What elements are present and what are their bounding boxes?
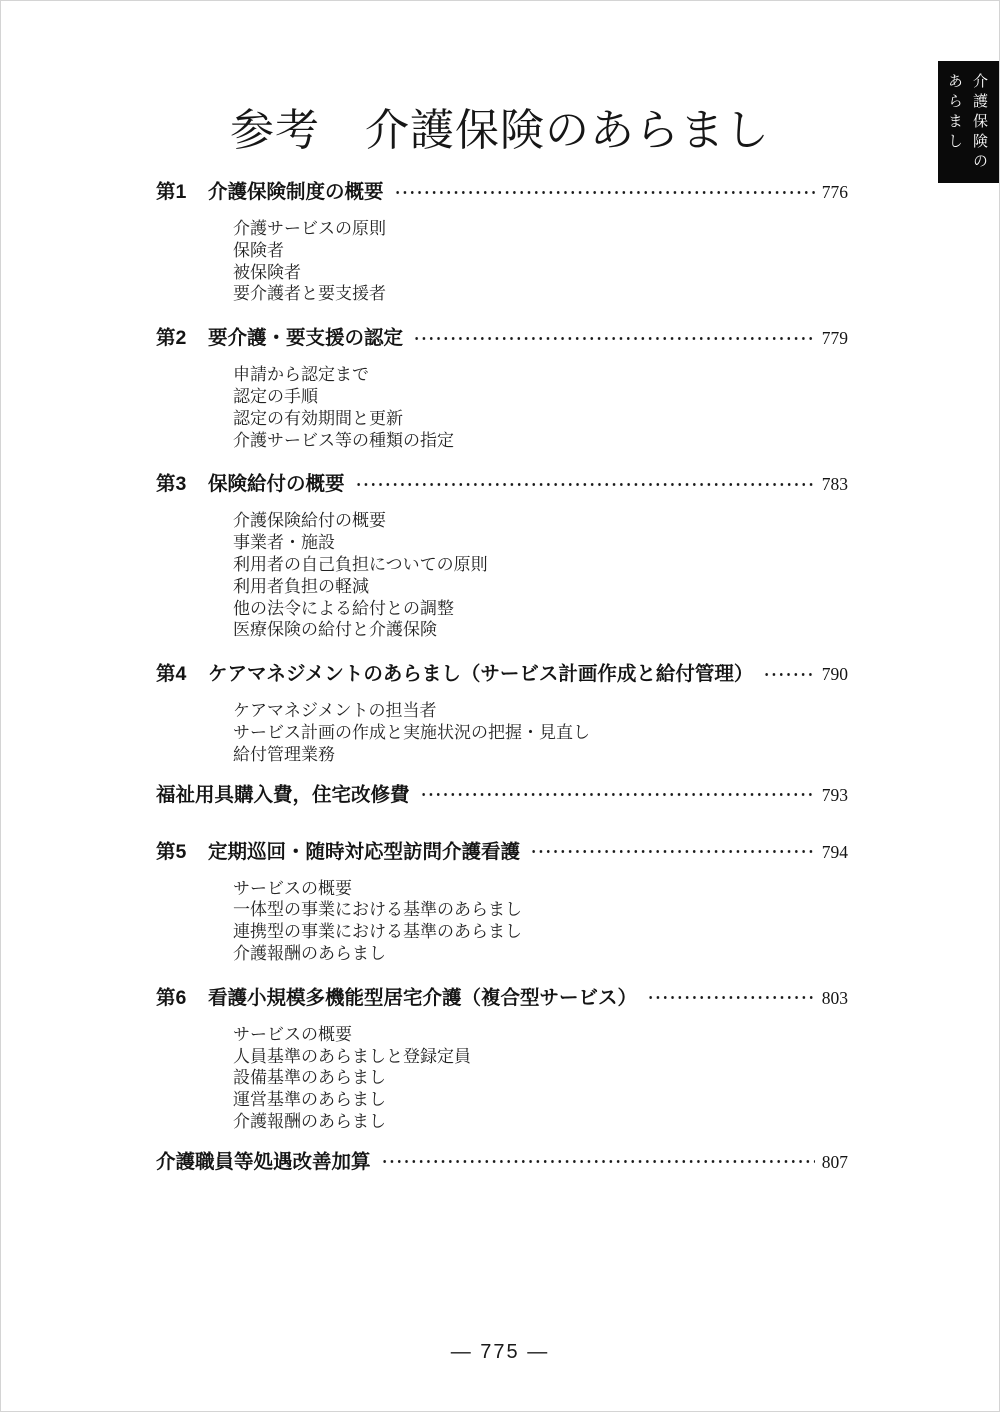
- page-number: 807: [822, 1149, 848, 1175]
- side-index-tab: 介護保険の あらまし: [938, 61, 999, 183]
- sub-topic: サービスの概要: [233, 1024, 848, 1046]
- page-number: 794: [822, 839, 848, 865]
- section-number: 第6: [156, 985, 208, 1011]
- sub-topic-list-sec6: サービスの概要 人員基準のあらましと登録定員 設備基準のあらまし 運営基準のあら…: [233, 1024, 848, 1133]
- section-title: 介護職員等処遇改善加算: [156, 1149, 371, 1175]
- sub-topic-list-sec1: 介護サービスの原則 保険者 被保険者 要介護者と要支援者: [233, 218, 848, 305]
- sub-topic: 人員基準のあらましと登録定員: [233, 1046, 848, 1068]
- sub-topic-list-sec4: ケアマネジメントの担当者 サービス計画の作成と実施状況の把握・見直し 給付管理業…: [233, 700, 848, 765]
- page-number: 803: [822, 985, 848, 1011]
- sub-topic-list-sec3: 介護保険給付の概要 事業者・施設 利用者の自己負担についての原則 利用者負担の軽…: [233, 510, 848, 641]
- sub-topic: 介護サービス等の種類の指定: [233, 430, 848, 452]
- sub-topic: 介護報酬のあらまし: [233, 943, 848, 965]
- sub-topic: 利用者負担の軽減: [233, 576, 848, 598]
- sub-topic-list-sec2: 申請から認定まで 認定の手順 認定の有効期間と更新 介護サービス等の種類の指定: [233, 364, 848, 451]
- dot-leader: [355, 480, 815, 489]
- toc-entry-sec6: 第6 看護小規模多機能型居宅介護（複合型サービス） 803: [156, 985, 848, 1011]
- side-tab-label-line1: 介護保険の: [967, 73, 992, 183]
- sub-topic: 介護保険給付の概要: [233, 510, 848, 532]
- sub-topic: 被保険者: [233, 262, 848, 284]
- dot-leader: [413, 334, 815, 343]
- sub-topic: 認定の有効期間と更新: [233, 408, 848, 430]
- page-number: 776: [822, 179, 848, 205]
- footer-page-number: — 775 —: [1, 1341, 999, 1364]
- document-page: 介護保険の あらまし 参考 介護保険のあらまし 第1 介護保険制度の概要 776…: [0, 0, 1000, 1412]
- sub-topic: 事業者・施設: [233, 532, 848, 554]
- sub-topic: 設備基準のあらまし: [233, 1067, 848, 1089]
- sub-topic-list-sec5: サービスの概要 一体型の事業における基準のあらまし 連携型の事業における基準のあ…: [233, 878, 848, 965]
- toc-entry-sec3: 第3 保険給付の概要 783: [156, 471, 848, 497]
- dot-leader: [394, 188, 815, 197]
- section-title: 保険給付の概要: [208, 471, 345, 497]
- toc-entry-welfare-equipment: 福祉用具購入費，住宅改修費 793: [156, 782, 848, 808]
- dot-leader: [763, 670, 814, 679]
- dot-leader: [381, 1157, 815, 1166]
- toc-entry-treatment-improvement: 介護職員等処遇改善加算 807: [156, 1149, 848, 1175]
- toc-entry-sec4: 第4 ケアマネジメントのあらまし（サービス計画作成と給付管理） 790: [156, 661, 848, 687]
- sub-topic: 運営基準のあらまし: [233, 1089, 848, 1111]
- section-title: 定期巡回・随時対応型訪問介護看護: [208, 839, 520, 865]
- dot-leader: [530, 847, 815, 856]
- toc: 第1 介護保険制度の概要 776 介護サービスの原則 保険者 被保険者 要介護者…: [156, 159, 848, 1175]
- sub-topic: 他の法令による給付との調整: [233, 598, 848, 620]
- sub-topic: サービスの概要: [233, 878, 848, 900]
- section-title: 介護保険制度の概要: [208, 179, 384, 205]
- section-number: 第3: [156, 471, 208, 497]
- sub-topic: 利用者の自己負担についての原則: [233, 554, 848, 576]
- section-title: 福祉用具購入費，住宅改修費: [156, 782, 410, 808]
- dot-leader: [647, 993, 815, 1002]
- sub-topic: 要介護者と要支援者: [233, 283, 848, 305]
- section-title: 看護小規模多機能型居宅介護（複合型サービス）: [208, 985, 637, 1011]
- page-number: 793: [822, 782, 848, 808]
- dot-leader: [420, 790, 815, 799]
- section-title: ケアマネジメントのあらまし（サービス計画作成と給付管理）: [208, 661, 753, 687]
- sub-topic: 医療保険の給付と介護保険: [233, 619, 848, 641]
- sub-topic: 給付管理業務: [233, 744, 848, 766]
- sub-topic: 介護サービスの原則: [233, 218, 848, 240]
- sub-topic: 申請から認定まで: [233, 364, 848, 386]
- sub-topic: 認定の手順: [233, 386, 848, 408]
- section-number: 第1: [156, 179, 208, 205]
- section-number: 第5: [156, 839, 208, 865]
- section-number: 第2: [156, 325, 208, 351]
- sub-topic: 保険者: [233, 240, 848, 262]
- toc-entry-sec1: 第1 介護保険制度の概要 776: [156, 179, 848, 205]
- toc-entry-sec2: 第2 要介護・要支援の認定 779: [156, 325, 848, 351]
- sub-topic: 連携型の事業における基準のあらまし: [233, 921, 848, 943]
- sub-topic: 一体型の事業における基準のあらまし: [233, 899, 848, 921]
- sub-topic: ケアマネジメントの担当者: [233, 700, 848, 722]
- page-number: 790: [822, 661, 848, 687]
- sub-topic: サービス計画の作成と実施状況の把握・見直し: [233, 722, 848, 744]
- section-title: 要介護・要支援の認定: [208, 325, 403, 351]
- page-number: 783: [822, 471, 848, 497]
- sub-topic: 介護報酬のあらまし: [233, 1111, 848, 1133]
- side-tab-label-line2: あらまし: [942, 73, 967, 183]
- page-title: 参考 介護保険のあらまし: [1, 103, 999, 159]
- toc-entry-sec5: 第5 定期巡回・随時対応型訪問介護看護 794: [156, 839, 848, 865]
- section-number: 第4: [156, 661, 208, 687]
- page-number: 779: [822, 325, 848, 351]
